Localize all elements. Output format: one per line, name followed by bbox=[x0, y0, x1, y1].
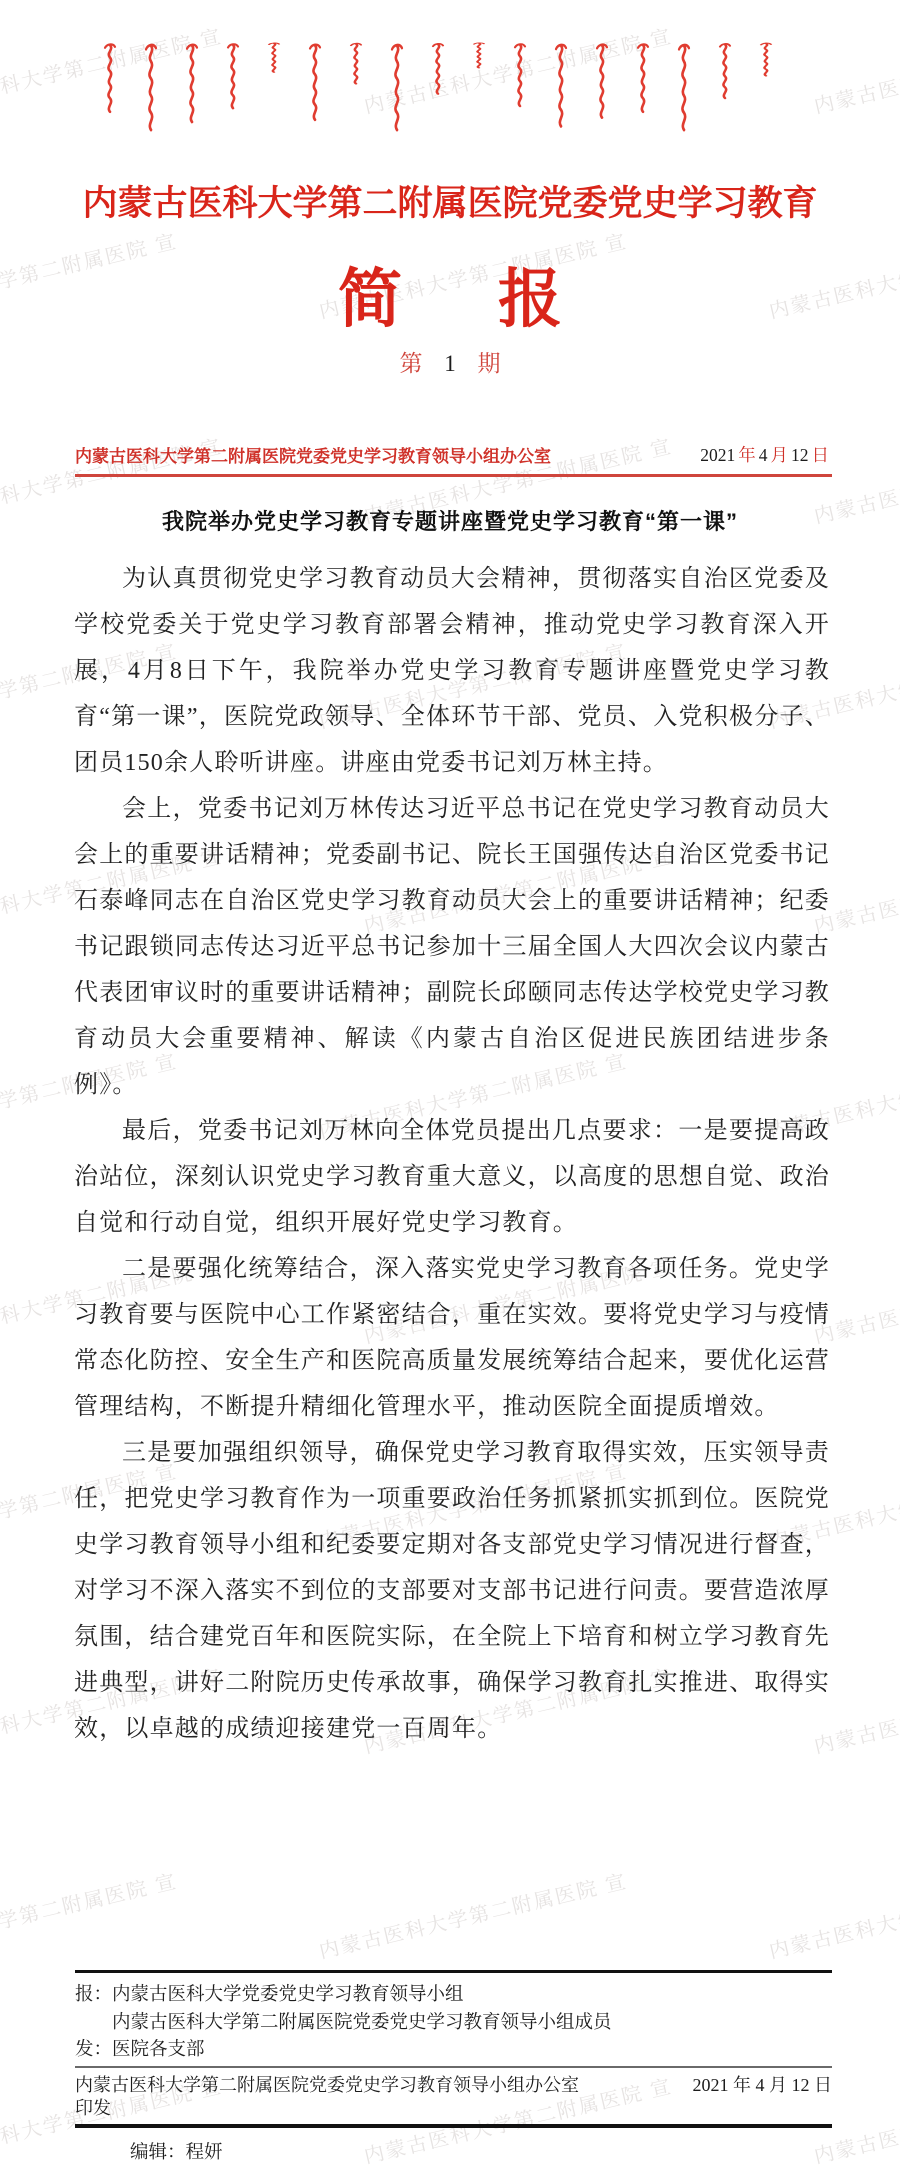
send-label: 发： bbox=[75, 2037, 112, 2065]
bulletin-page: 内蒙古医科大学第二附属医院 宣内蒙古医科大学第二附属医院 宣内蒙古医科大学第二附… bbox=[0, 0, 900, 2179]
bulletin-char-2: 报 bbox=[498, 262, 562, 338]
article-title: 我院举办党史学习教育专题讲座暨党史学习教育“第一课” bbox=[0, 505, 900, 536]
issue-suffix: 期 bbox=[478, 351, 501, 376]
article-body: 为认真贯彻党史学习教育动员大会精神，贯彻落实自治区党委及学校党委关于党史学习教育… bbox=[74, 556, 830, 1752]
issuer-office: 内蒙古医科大学第二附属医院党委党史学习教育领导小组办公室 bbox=[75, 2075, 579, 2095]
editor-label: 编辑： bbox=[130, 2143, 186, 2163]
date-month: 4 bbox=[759, 445, 768, 465]
page-content: 内蒙古医科大学第二附属医院党委党史学习教育 简 报 第 1 期 内蒙古医科大学第… bbox=[0, 0, 900, 2179]
issue-prefix: 第 bbox=[400, 351, 423, 376]
report-label: 报： bbox=[75, 1982, 112, 2010]
date-year-unit: 年 bbox=[738, 445, 756, 465]
org-title: 内蒙古医科大学第二附属医院党委党史学习教育 bbox=[0, 176, 900, 226]
date-month-unit: 月 bbox=[771, 445, 789, 465]
issue-number: 1 bbox=[444, 351, 456, 376]
send-to-row: 发： 医院各支部 bbox=[75, 2037, 832, 2065]
distribution-block: 报： 内蒙古医科大学党委党史学习教育领导小组 报： 内蒙古医科大学第二附属医院党… bbox=[75, 1982, 832, 2065]
date-day-unit: 日 bbox=[812, 445, 830, 465]
paragraph: 会上，党委书记刘万林传达习近平总书记在党史学习教育动员大会上的重要讲话精神；党委… bbox=[74, 786, 830, 1108]
paragraph: 三是要加强组织领导，确保党史学习教育取得实效，压实领导责任，把党史学习教育作为一… bbox=[74, 1430, 830, 1752]
send-line: 医院各支部 bbox=[112, 2037, 832, 2065]
paragraph: 为认真贯彻党史学习教育动员大会精神，贯彻落实自治区党委及学校党委关于党史学习教育… bbox=[74, 556, 830, 786]
editor-name: 程妍 bbox=[186, 2143, 223, 2163]
footer-middle-rule bbox=[75, 2066, 832, 2068]
issuing-office: 内蒙古医科大学第二附属医院党委党史学习教育领导小组办公室 bbox=[75, 442, 551, 467]
bulletin-title: 简 报 bbox=[0, 262, 900, 338]
paragraph: 最后，党委书记刘万林向全体党员提出几点要求：一是要提高政治站位，深刻认识党史学习… bbox=[74, 1108, 830, 1246]
report-to-row: 报： 内蒙古医科大学党委党史学习教育领导小组 bbox=[75, 1982, 832, 2010]
report-line-1: 内蒙古医科大学党委党史学习教育领导小组 bbox=[112, 1982, 832, 2010]
issue-line: 第 1 期 bbox=[0, 350, 900, 378]
footer-date: 2021 年 4 月 12 日 bbox=[693, 2074, 833, 2120]
issuer-text: 内蒙古医科大学第二附属医院党委党史学习教育领导小组办公室 印发 bbox=[75, 2074, 579, 2120]
red-divider-rule bbox=[75, 474, 832, 477]
footer-top-rule bbox=[75, 1970, 832, 1973]
mongolian-script-banner bbox=[100, 36, 800, 140]
issuer-suffix: 印发 bbox=[75, 2098, 111, 2118]
bulletin-char-1: 简 bbox=[338, 262, 402, 338]
report-to-row-2: 报： 内蒙古医科大学第二附属医院党委党史学习教育领导小组成员 bbox=[75, 2010, 832, 2038]
date-year: 2021 bbox=[700, 445, 735, 465]
paragraph: 二是要强化统筹结合，深入落实党史学习教育各项任务。党史学习教育要与医院中心工作紧… bbox=[74, 1246, 830, 1430]
report-line-2: 内蒙古医科大学第二附属医院党委党史学习教育领导小组成员 bbox=[112, 2010, 832, 2038]
dateline: 内蒙古医科大学第二附属医院党委党史学习教育领导小组办公室 2021年4月12日 bbox=[75, 442, 832, 467]
editor-line: 编辑：程妍 bbox=[130, 2138, 223, 2164]
issue-date: 2021年4月12日 bbox=[700, 442, 832, 467]
footer-bottom-rule bbox=[75, 2124, 832, 2128]
issuer-block: 内蒙古医科大学第二附属医院党委党史学习教育领导小组办公室 印发 2021 年 4… bbox=[75, 2074, 832, 2120]
date-day: 12 bbox=[791, 445, 809, 465]
